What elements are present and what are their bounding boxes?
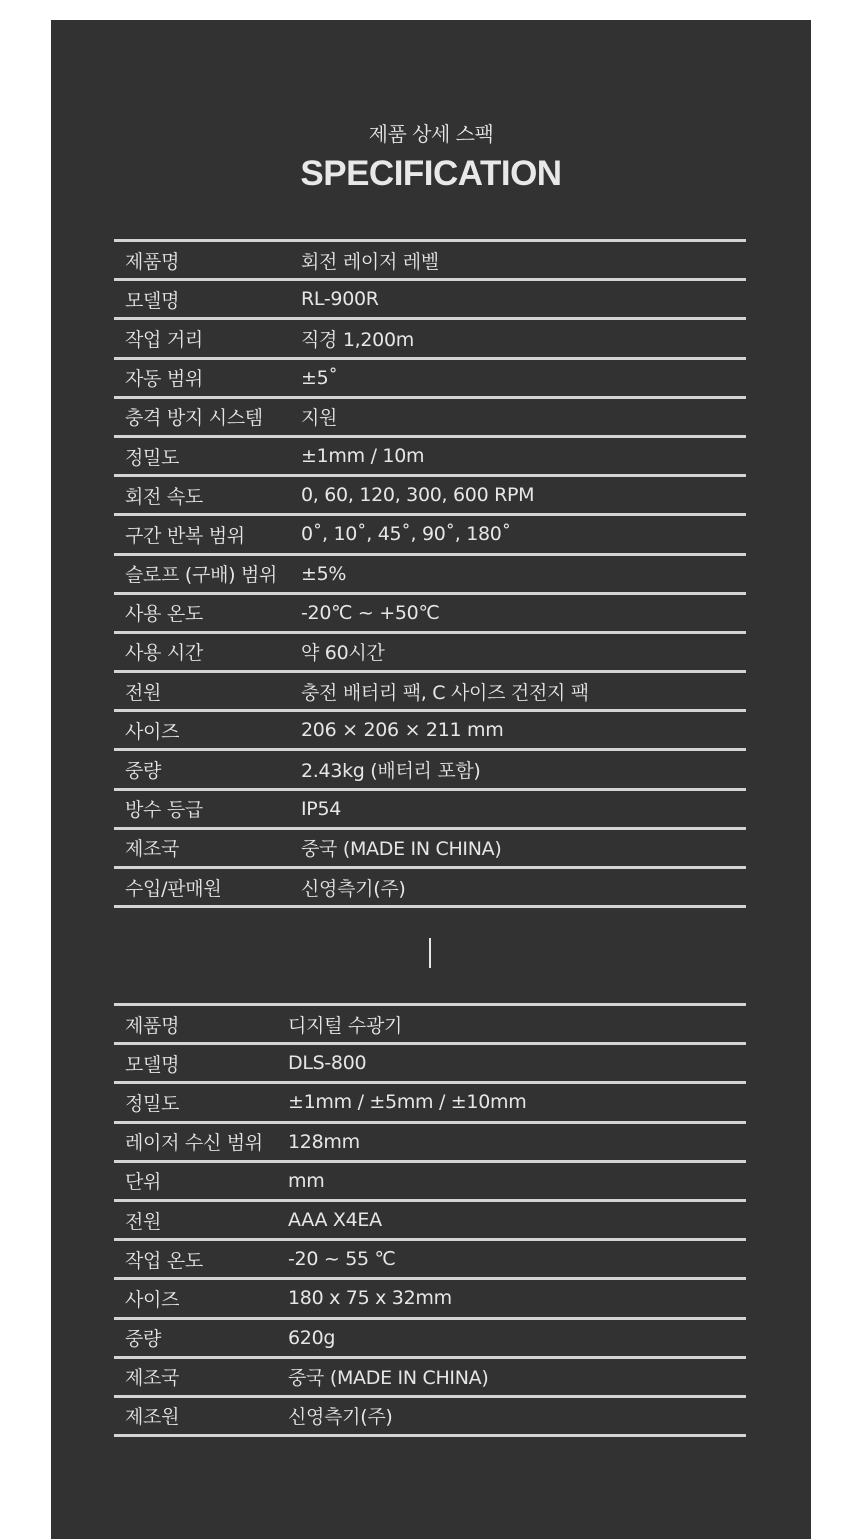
- spec-value: AAA X4EA: [288, 1209, 382, 1231]
- spec-value: 180 x 75 x 32mm: [288, 1287, 452, 1309]
- spec-row: 중량620g: [114, 1320, 746, 1359]
- spec-row: 사이즈180 x 75 x 32mm: [114, 1280, 746, 1319]
- spec-label: 제조국: [114, 834, 301, 861]
- spec-label: 사이즈: [114, 717, 301, 744]
- spec-value: 충전 배터리 팩, C 사이즈 건전지 팩: [301, 678, 589, 705]
- spec-row: 구간 반복 범위0˚, 10˚, 45˚, 90˚, 180˚: [114, 516, 746, 555]
- spec-row: 레이저 수신 범위128mm: [114, 1124, 746, 1163]
- spec-row: 작업 온도-20 ~ 55 ℃: [114, 1241, 746, 1280]
- spec-value: 지원: [301, 403, 337, 430]
- spec-row: 제조국중국 (MADE IN CHINA): [114, 1359, 746, 1398]
- spec-label: 중량: [114, 756, 301, 783]
- spec-value: 약 60시간: [301, 638, 384, 665]
- spec-label: 사이즈: [114, 1285, 288, 1312]
- section-divider: [429, 938, 431, 968]
- spec-row: 사용 온도-20℃ ~ +50℃: [114, 595, 746, 634]
- spec-value: ±5%: [301, 563, 346, 585]
- spec-row: 수입/판매원신영측기(주): [114, 869, 746, 908]
- spec-label: 구간 반복 범위: [114, 521, 301, 548]
- spec-label: 정밀도: [114, 1089, 288, 1116]
- spec-row: 제품명디지털 수광기: [114, 1006, 746, 1045]
- spec-table-digital-receiver: 제품명디지털 수광기모델명DLS-800정밀도±1mm / ±5mm / ±10…: [114, 1003, 746, 1437]
- spec-label: 충격 방지 시스템: [114, 403, 301, 430]
- spec-label: 작업 온도: [114, 1246, 288, 1273]
- spec-row: 사이즈206 × 206 × 211 mm: [114, 712, 746, 751]
- spec-row: 전원AAA X4EA: [114, 1202, 746, 1241]
- spec-row: 사용 시간약 60시간: [114, 634, 746, 673]
- spec-value: 회전 레이저 레벨: [301, 247, 439, 274]
- spec-value: 신영측기(주): [288, 1402, 393, 1429]
- spec-value: -20℃ ~ +50℃: [301, 602, 440, 624]
- spec-value: ±1mm / 10m: [301, 445, 424, 467]
- spec-label: 작업 거리: [114, 325, 301, 352]
- spec-row: 자동 범위±5˚: [114, 360, 746, 399]
- spec-row: 정밀도±1mm / ±5mm / ±10mm: [114, 1084, 746, 1123]
- spec-value: ±5˚: [301, 367, 338, 389]
- spec-row: 제품명회전 레이저 레벨: [114, 242, 746, 281]
- spec-label: 제품명: [114, 1011, 288, 1038]
- spec-label: 제품명: [114, 247, 301, 274]
- spec-value: RL-900R: [301, 288, 379, 310]
- spec-row: 제조국중국 (MADE IN CHINA): [114, 830, 746, 869]
- spec-value: 중국 (MADE IN CHINA): [301, 834, 501, 861]
- spec-label: 정밀도: [114, 443, 301, 470]
- spec-row: 제조원신영측기(주): [114, 1398, 746, 1437]
- spec-value: 206 × 206 × 211 mm: [301, 719, 503, 741]
- spec-row: 정밀도±1mm / 10m: [114, 438, 746, 477]
- spec-row: 단위mm: [114, 1163, 746, 1202]
- spec-label: 수입/판매원: [114, 874, 301, 901]
- spec-value: 2.43kg (배터리 포함): [301, 756, 481, 783]
- spec-row: 중량2.43kg (배터리 포함): [114, 751, 746, 790]
- section-title: SPECIFICATION: [51, 154, 811, 194]
- spec-row: 슬로프 (구배) 범위±5%: [114, 556, 746, 595]
- spec-row: 전원충전 배터리 팩, C 사이즈 건전지 팩: [114, 673, 746, 712]
- spec-label: 모델명: [114, 286, 301, 313]
- spec-row: 충격 방지 시스템지원: [114, 399, 746, 438]
- spec-label: 전원: [114, 1207, 288, 1234]
- spec-row: 모델명RL-900R: [114, 281, 746, 320]
- spec-label: 사용 시간: [114, 638, 301, 665]
- spec-label: 단위: [114, 1167, 288, 1194]
- spec-value: 128mm: [288, 1131, 360, 1153]
- spec-row: 모델명DLS-800: [114, 1045, 746, 1084]
- spec-value: 직경 1,200m: [301, 325, 414, 352]
- spec-value: 디지털 수광기: [288, 1011, 402, 1038]
- spec-value: 중국 (MADE IN CHINA): [288, 1363, 488, 1390]
- spec-value: mm: [288, 1170, 324, 1192]
- spec-value: IP54: [301, 798, 341, 820]
- spec-value: 0, 60, 120, 300, 600 RPM: [301, 484, 534, 506]
- spec-label: 모델명: [114, 1050, 288, 1077]
- spec-label: 레이저 수신 범위: [114, 1128, 288, 1155]
- spec-row: 방수 등급IP54: [114, 791, 746, 830]
- section-subtitle: 제품 상세 스팩: [51, 118, 811, 147]
- spec-label: 제조원: [114, 1402, 288, 1429]
- spec-label: 자동 범위: [114, 364, 301, 391]
- spec-label: 중량: [114, 1324, 288, 1351]
- spec-label: 회전 속도: [114, 482, 301, 509]
- spec-value: 0˚, 10˚, 45˚, 90˚, 180˚: [301, 523, 511, 545]
- spec-table-rotary-laser: 제품명회전 레이저 레벨모델명RL-900R작업 거리직경 1,200m자동 범…: [114, 239, 746, 908]
- spec-label: 슬로프 (구배) 범위: [114, 560, 301, 587]
- spec-label: 사용 온도: [114, 599, 301, 626]
- spec-row: 작업 거리직경 1,200m: [114, 320, 746, 359]
- spec-value: -20 ~ 55 ℃: [288, 1248, 396, 1270]
- spec-row: 회전 속도0, 60, 120, 300, 600 RPM: [114, 477, 746, 516]
- spec-label: 전원: [114, 678, 301, 705]
- spec-value: 신영측기(주): [301, 874, 406, 901]
- spec-label: 제조국: [114, 1363, 288, 1390]
- spec-panel: 제품 상세 스팩 SPECIFICATION 제품명회전 레이저 레벨모델명RL…: [51, 20, 811, 1539]
- spec-value: ±1mm / ±5mm / ±10mm: [288, 1091, 526, 1113]
- spec-value: 620g: [288, 1327, 335, 1349]
- spec-label: 방수 등급: [114, 795, 301, 822]
- spec-value: DLS-800: [288, 1052, 366, 1074]
